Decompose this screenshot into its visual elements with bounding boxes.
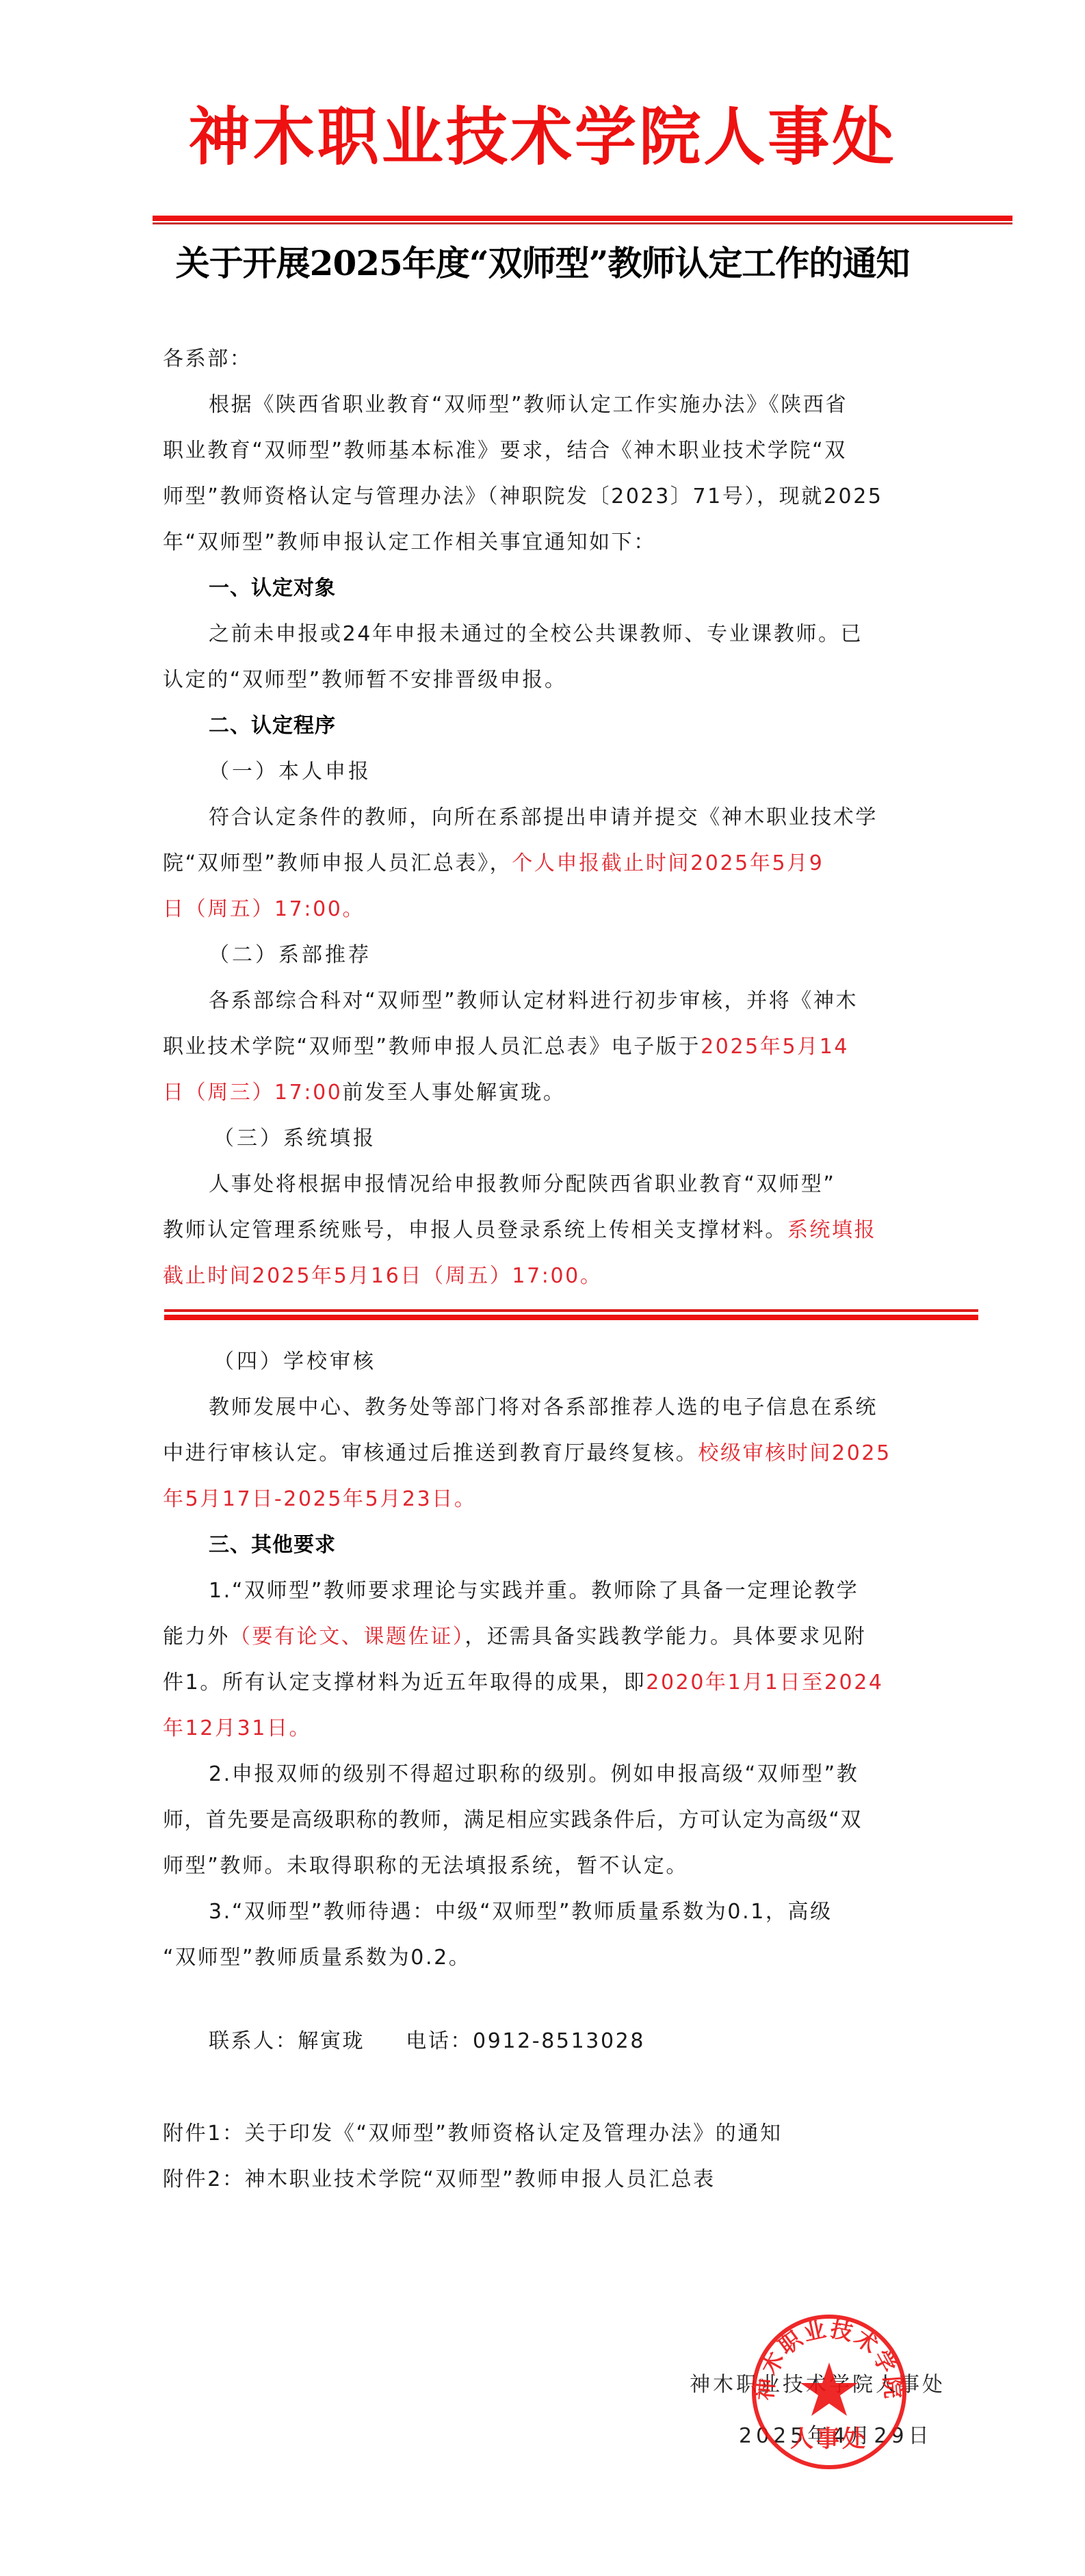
contact-person-label: 联系人： [209,2029,298,2053]
section1-line: 之前未申报或24年申报未通过的全校公共课教师、专业课教师。已 [209,617,863,652]
section-heading-3: 三、其他要求 [209,1528,336,1562]
deadline-highlight: 个人申报截止时间2025年5月9 [512,851,824,875]
item1-text: 能力外 [163,1625,230,1649]
attachment-2[interactable]: 附件2：神木职业技术学院“双师型”教师申报人员汇总表 [163,2163,716,2197]
official-stamp: 神木职业技术学院 人事处 [750,2313,908,2471]
sub2-line: 各系部综合科对“双师型”教师认定材料进行初步审核，并将《神木 [209,984,858,1018]
sub4-line: 教师发展中心、教务处等部门将对各系部推荐人选的电子信息在系统 [209,1391,878,1425]
contact-person-name: 解寅珑 [298,2029,365,2053]
deadline-highlight: 2025年5月14 [701,1035,849,1059]
sub4-line: 中进行审核认定。审核通过后推送到教育厅最终复核。校级审核时间2025 [163,1437,891,1471]
org-header: 神木职业技术学院人事处 [11,96,1074,178]
sub1-line: 符合认定条件的教师，向所在系部提出申请并提交《神木职业技术学 [209,801,878,835]
star-icon [800,2362,858,2416]
sub1-line: 院“双师型”教师申报人员汇总表》，个人申报截止时间2025年5月9 [163,847,824,881]
sub2-line: 日（周三）17:00前发至人事处解寅珑。 [163,1076,565,1110]
review-period-highlight: 校级审核时间2025 [698,1441,891,1465]
date-range-highlight: 2020年1月1日至2024 [646,1671,883,1695]
sub3-text: 教师认定管理系统账号，申报人员登录系统上传相关支撑材料。 [163,1218,787,1242]
sub2-line: 职业技术学院“双师型”教师申报人员汇总表》电子版于2025年5月14 [163,1030,849,1064]
stamp-bottom-text: 人事处 [790,2425,868,2453]
divider-thick [164,1315,978,1320]
contact-phone-label: 电话： [406,2029,473,2053]
item2-line: 师，首先要是高级职称的教师，满足相应实践条件后，方可认定为高级“双 [163,1803,862,1838]
attachment-1[interactable]: 附件1：关于印发《“双师型”教师资格认定及管理办法》的通知 [163,2117,783,2151]
sub3-line: 教师认定管理系统账号，申报人员登录系统上传相关支撑材料。系统填报 [163,1213,876,1248]
section-heading-1: 一、认定对象 [209,571,336,606]
intro-line: 年“双师型”教师申报认定工作相关事宜通知如下： [163,526,656,560]
item1-line: 能力外（要有论文、课题佐证），还需具备实践教学能力。具体要求见附 [163,1620,866,1654]
section-heading-2: 二、认定程序 [209,709,336,743]
salutation: 各系部： [163,342,252,376]
header-rule-thin [153,222,1012,224]
subsection-heading-4: （四）学校审核 [213,1345,376,1379]
item3-line: 3.“双师型”教师待遇：中级“双师型”教师质量系数为0.1，高级 [209,1895,833,1929]
intro-line: 师型”教师资格认定与管理办法》（神职院发〔2023〕71号），现就2025 [163,480,883,514]
review-period-highlight: 年5月17日-2025年5月23日。 [163,1482,477,1517]
sub2-text: 前发至人事处解寅珑。 [342,1081,565,1105]
evidence-highlight: （要有论文、课题佐证） [230,1625,465,1649]
subsection-heading-1: （一）本人申报 [209,755,371,789]
sub3-line: 人事处将根据申报情况给申报教师分配陕西省职业教育“双师型” [209,1168,835,1202]
sub1-text: 院“双师型”教师申报人员汇总表》， [163,851,512,875]
deadline-highlight: 截止时间2025年5月16日（周五）17:00。 [163,1259,602,1293]
item1-text: ，还需具备实践教学能力。具体要求见附 [465,1625,866,1649]
deadline-highlight: 日（周三）17:00 [163,1081,342,1105]
item3-line: “双师型”教师质量系数为0.2。 [163,1941,471,1975]
item2-line: 师型”教师。未取得职称的无法填报系统，暂不认定。 [163,1849,688,1883]
item1-line: 1.“双师型”教师要求理论与实践并重。教师除了具备一定理论教学 [209,1574,859,1608]
contact-line: 联系人：解寅珑电话：0912-8513028 [209,2024,645,2059]
intro-line: 职业教育“双师型”教师基本标准》要求，结合《神木职业技术学院“双 [163,434,847,468]
deadline-highlight: 日（周五）17:00。 [163,892,365,927]
subsection-heading-2: （二）系部推荐 [209,938,371,973]
subsection-heading-3: （三）系统填报 [213,1122,376,1156]
sub2-text: 职业技术学院“双师型”教师申报人员汇总表》电子版于 [163,1035,701,1059]
section1-line: 认定的“双师型”教师暂不安排晋级申报。 [163,663,566,697]
document-title: 关于开展2025年度“双师型”教师认定工作的通知 [0,236,1085,291]
date-range-highlight: 年12月31日。 [163,1712,311,1746]
header-rule-thick [153,216,1012,221]
divider-thin [164,1309,978,1312]
sub4-text: 中进行审核认定。审核通过后推送到教育厅最终复核。 [163,1441,698,1465]
intro-line: 根据《陕西省职业教育“双师型”教师认定工作实施办法》《陕西省 [209,388,848,422]
item1-text: 件1。所有认定支撑材料为近五年取得的成果，即 [163,1671,646,1695]
item2-line: 2.申报双师的级别不得超过职称的级别。例如申报高级“双师型”教 [209,1757,859,1792]
contact-phone[interactable]: 0912-8513028 [473,2029,645,2053]
item1-line: 件1。所有认定支撑材料为近五年取得的成果，即2020年1月1日至2024 [163,1666,884,1700]
deadline-highlight: 系统填报 [787,1218,876,1242]
